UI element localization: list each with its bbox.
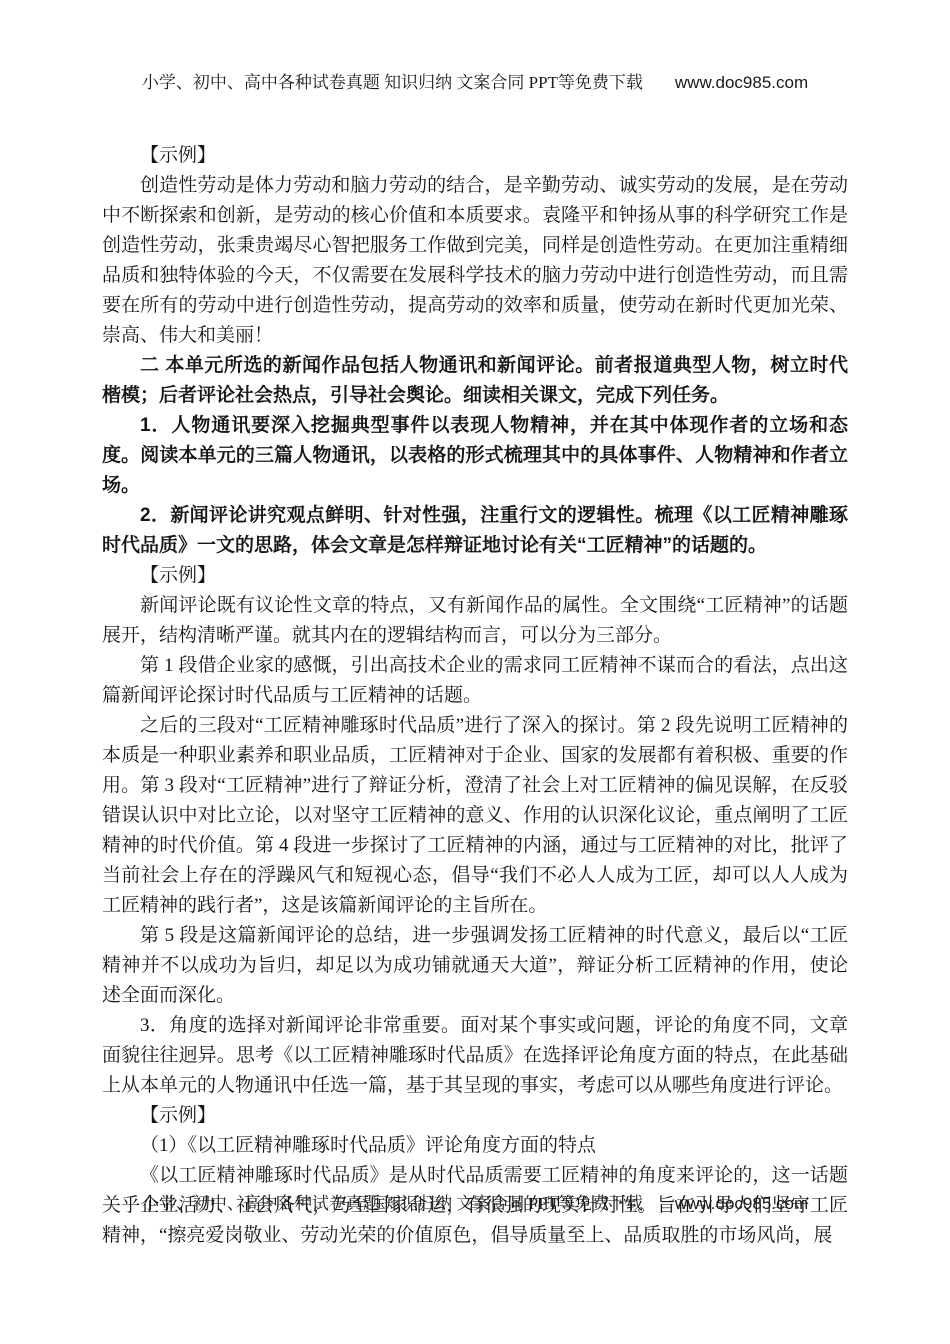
paragraph: 3．角度的选择对新闻评论非常重要。面对某个事实或问题，评论的角度不同，文章面貌往…	[102, 1011, 848, 1101]
paragraph: 【示例】	[102, 141, 848, 171]
paragraph: 第 5 段是这篇新闻评论的总结，进一步强调发扬工匠精神的时代意义，最后以“工匠精…	[102, 921, 848, 1011]
document-page: 小学、初中、高中各种试卷真题 知识归纳 文案合同 PPT等免费下载www.doc…	[0, 0, 950, 1344]
paragraph: 1．人物通讯要深入挖掘典型事件以表现人物精神，并在其中体现作者的立场和态度。阅读…	[102, 411, 848, 501]
header-promo-text: 小学、初中、高中各种试卷真题 知识归纳 文案合同 PPT等免费下载	[142, 73, 643, 92]
paragraph: 新闻评论既有议论性文章的特点，又有新闻作品的属性。全文围绕“工匠精神”的话题展开…	[102, 591, 848, 651]
document-body: 【示例】创造性劳动是体力劳动和脑力劳动的结合，是辛勤劳动、诚实劳动的发展，是在劳…	[102, 141, 848, 1251]
page-footer: 小学、初中、高中各种试卷真题 知识归纳 文案合同 PPT等免费下载www.doc…	[0, 1189, 950, 1214]
paragraph: 2．新闻评论讲究观点鲜明、针对性强，注重行文的逻辑性。梳理《以工匠精神雕琢时代品…	[102, 501, 848, 561]
paragraph: 二 本单元所选的新闻作品包括人物通讯和新闻评论。前者报道典型人物，树立时代楷模；…	[102, 351, 848, 411]
paragraph: （1）《以工匠精神雕琢时代品质》评论角度方面的特点	[102, 1131, 848, 1161]
page-header: 小学、初中、高中各种试卷真题 知识归纳 文案合同 PPT等免费下载www.doc…	[0, 68, 950, 93]
paragraph: 【示例】	[102, 561, 848, 591]
paragraph: 之后的三段对“工匠精神雕琢时代品质”进行了深入的探讨。第 2 段先说明工匠精神的…	[102, 711, 848, 921]
header-site-url: www.doc985.com	[675, 73, 808, 92]
paragraph: 创造性劳动是体力劳动和脑力劳动的结合，是辛勤劳动、诚实劳动的发展，是在劳动中不断…	[102, 171, 848, 351]
footer-promo-text: 小学、初中、高中各种试卷真题 知识归纳 文案合同 PPT等免费下载	[142, 1194, 643, 1213]
paragraph: 第 1 段借企业家的感慨，引出高技术企业的需求同工匠精神不谋而合的看法，点出这篇…	[102, 651, 848, 711]
footer-site-url: www.doc985.com	[675, 1194, 808, 1213]
paragraph: 【示例】	[102, 1101, 848, 1131]
